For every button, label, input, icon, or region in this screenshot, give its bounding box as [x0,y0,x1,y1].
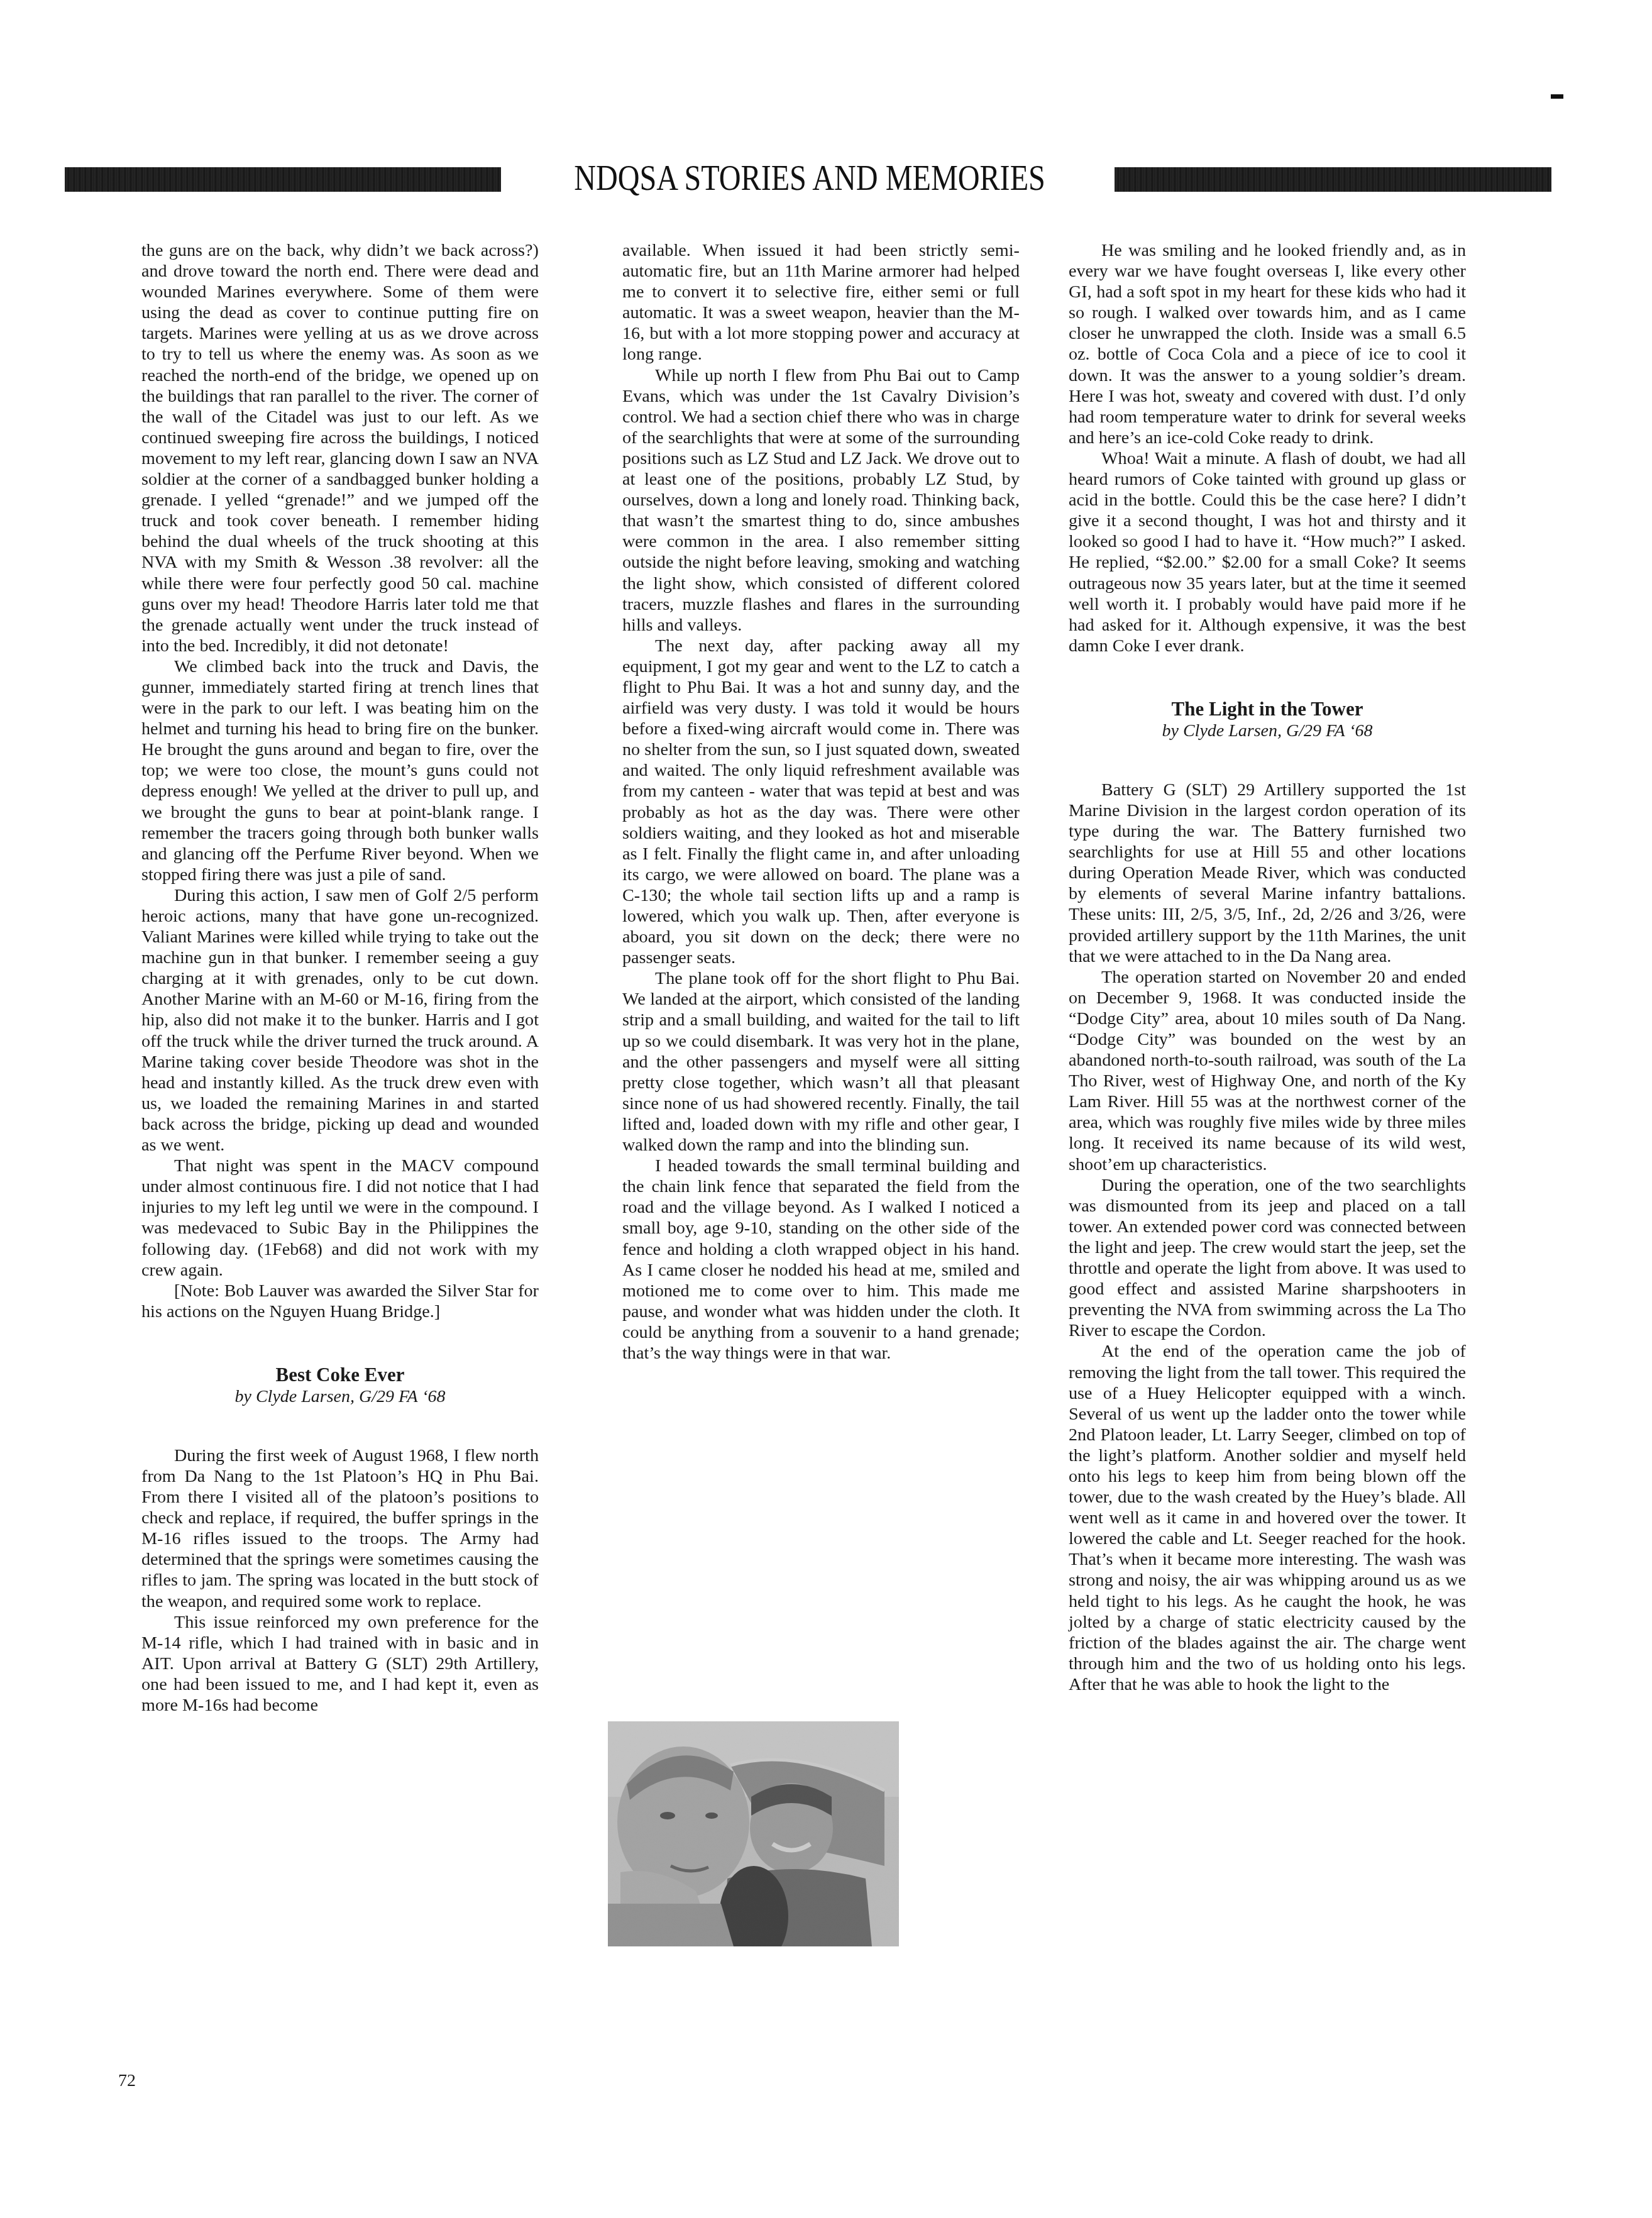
paragraph: I headed towards the small terminal buil… [622,1156,1020,1364]
paragraph: available. When issued it had been stric… [622,240,1020,365]
story-heading-light-in-the-tower: The Light in the Tower by Clyde Larsen, … [1069,698,1466,742]
paragraph: the guns are on the back, why didn’t we … [141,240,539,656]
section-title: NDQSA STORIES AND MEMORIES [556,160,1064,197]
paragraph: While up north I flew from Phu Bai out t… [622,365,1020,636]
paragraph: This issue reinforced my own preference … [141,1612,539,1716]
paragraph: That night was spent in the MACV compoun… [141,1156,539,1281]
paragraph: We climbed back into the truck and Davis… [141,656,539,885]
paragraph: Battery G (SLT) 29 Artillery supported t… [1069,780,1466,967]
paragraph: The next day, after packing away all my … [622,636,1020,969]
story-title: The Light in the Tower [1069,698,1466,720]
section-header-banner: NDQSA STORIES AND MEMORIES [65,165,1551,195]
banner-bar-right [1115,167,1551,192]
paragraph: Whoa! Wait a minute. A flash of doubt, w… [1069,448,1466,656]
story-title: Best Coke Ever [141,1364,539,1386]
corner-registration-mark [1551,94,1563,99]
paragraph: He was smiling and he looked friendly an… [1069,240,1466,448]
paragraph: The plane took off for the short flight … [622,968,1020,1156]
page-number: 72 [118,2072,136,2090]
paragraph: At the end of the operation came the job… [1069,1341,1466,1695]
photo-image-icon [608,1721,899,1946]
story-byline: by Clyde Larsen, G/29 FA ‘68 [1069,720,1466,742]
paragraph: During this action, I saw men of Golf 2/… [141,885,539,1156]
banner-bar-left [65,167,501,192]
paragraph: During the operation, one of the two sea… [1069,1175,1466,1342]
children-photo [608,1721,899,1946]
paragraph: The operation started on November 20 and… [1069,967,1466,1175]
column-1: the guns are on the back, why didn’t we … [141,240,539,1716]
paragraph: [Note: Bob Lauver was awarded the Silver… [141,1281,539,1322]
column-3: He was smiling and he looked friendly an… [1069,240,1466,1695]
column-2: available. When issued it had been stric… [622,240,1020,1364]
story-byline: by Clyde Larsen, G/29 FA ‘68 [141,1386,539,1408]
story-heading-best-coke-ever: Best Coke Ever by Clyde Larsen, G/29 FA … [141,1364,539,1408]
paragraph: During the first week of August 1968, I … [141,1445,539,1612]
